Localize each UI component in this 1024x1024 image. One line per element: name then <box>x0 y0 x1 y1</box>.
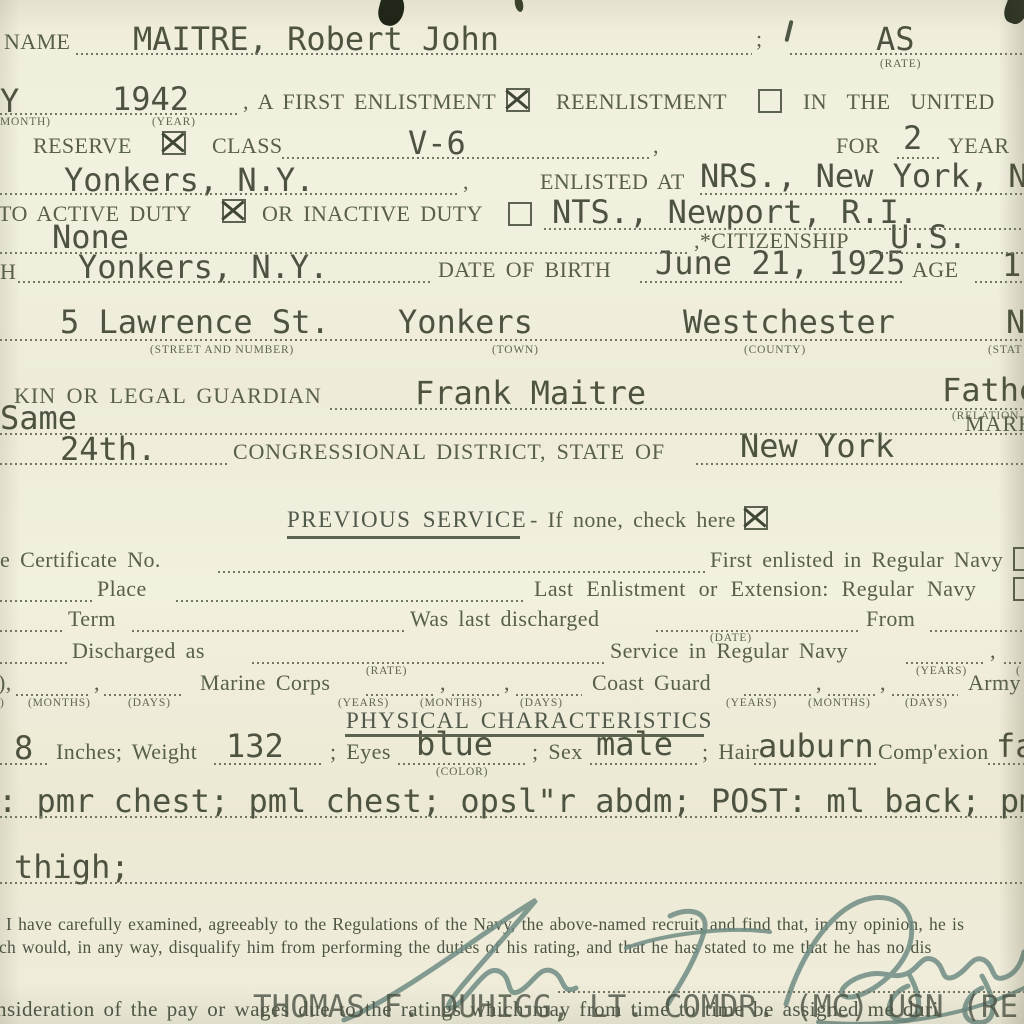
comma: , <box>463 171 469 193</box>
dotted-leader <box>558 991 1024 993</box>
army-label: Army <box>968 672 1021 694</box>
dotted-leader <box>0 193 460 195</box>
town-value: Yonkers <box>398 306 533 338</box>
dotted-leader <box>696 463 1024 465</box>
dotted-leader <box>104 694 182 696</box>
marine-corps-label: Marine Corps <box>200 672 330 694</box>
heading-underline <box>287 536 520 539</box>
dotted-leader <box>18 281 430 283</box>
regular-navy-checkbox <box>1013 547 1024 571</box>
comma: , <box>94 672 100 694</box>
dotted-leader <box>0 463 228 465</box>
dotted-leader <box>0 882 1024 884</box>
reenlistment-checkbox <box>758 89 782 113</box>
dotted-leader <box>176 600 524 602</box>
dotted-leader <box>452 694 500 696</box>
dotted-leader <box>16 694 90 696</box>
dotted-leader <box>0 630 64 632</box>
from-label: From <box>866 608 915 630</box>
first-enlistment-label: , A FIRST ENLISTMENT <box>243 91 496 113</box>
dotted-leader <box>975 281 1024 283</box>
first-enlistment-checkbox <box>506 88 530 112</box>
comma: , <box>880 672 886 694</box>
district-label: CONGRESSIONAL DISTRICT, STATE OF <box>233 441 665 463</box>
dotted-leader <box>892 694 958 696</box>
district-value: 24th. <box>60 433 156 465</box>
service-regular-navy-label: Service in Regular Navy <box>610 640 848 662</box>
dotted-leader <box>366 694 436 696</box>
dotted-leader <box>790 53 1024 55</box>
date-of-birth-label: DATE OF BIRTH <box>438 259 611 281</box>
weight-value: 132 <box>226 730 284 762</box>
dotted-leader <box>0 600 94 602</box>
dotted-leader <box>640 281 905 283</box>
in-the-united-label: IN THE UNITED <box>803 91 995 113</box>
marks-line-value: : pmr chest; pml chest; opsl"r abdm; POS… <box>0 785 1024 817</box>
birthplace-value: Yonkers, N.Y. <box>78 251 328 283</box>
dotted-leader <box>0 662 68 664</box>
dotted-leader <box>866 252 1024 254</box>
relation-value: Fathe <box>942 374 1024 406</box>
year-caption: (YEAR) <box>152 117 196 129</box>
place-label: Place <box>97 578 147 600</box>
complexion-value: fa <box>996 730 1024 762</box>
name-label: NAME <box>4 31 70 53</box>
county-value: Westchester <box>683 306 895 338</box>
dotted-leader <box>0 816 1024 818</box>
duty-station-value: NTS., Newport, R.I. <box>552 196 918 228</box>
dotted-leader <box>76 53 752 55</box>
state-value: N <box>1006 306 1024 338</box>
active-duty-checkbox <box>222 199 246 223</box>
month-caption: MONTH) <box>0 117 51 129</box>
year-value: 1942 <box>112 83 189 115</box>
hair-label: ; Hair <box>702 741 759 763</box>
age-label: AGE <box>912 259 958 281</box>
years-caption-3: (YEARS) <box>726 698 777 710</box>
street-value: 5 Lawrence St. <box>60 306 330 338</box>
comma: , <box>504 672 510 694</box>
dotted-leader <box>252 662 606 664</box>
complexion-label: Comp'exion <box>878 741 989 763</box>
dotted-leader <box>282 157 650 159</box>
comma: , <box>816 672 822 694</box>
eyes-value: blue <box>416 728 493 760</box>
caption-fragment: ) <box>0 698 5 710</box>
dotted-leader <box>906 662 986 664</box>
edge-fragment: H <box>0 261 16 283</box>
inches-value: 8 <box>14 732 33 764</box>
inactive-duty-checkbox <box>508 202 532 226</box>
class-value: V-6 <box>408 127 466 159</box>
corner-mark <box>1001 0 1024 27</box>
previous-service-none-checkbox <box>744 506 768 530</box>
separator-semicolon: ; <box>756 28 763 50</box>
inactive-duty-label: OR INACTIVE DUTY <box>262 203 483 225</box>
for-label: FOR <box>836 135 880 157</box>
sex-label: ; Sex <box>532 741 583 763</box>
first-enlisted-label: First enlisted in Regular Navy <box>710 549 1003 571</box>
enlist-place-value: Yonkers, N.Y. <box>64 164 314 196</box>
months-caption: (MONTHS) <box>28 698 91 710</box>
regular-navy-checkbox-2 <box>1013 577 1024 601</box>
comma: , <box>440 672 446 694</box>
year-label: YEAR <box>948 135 1010 157</box>
pen-tick <box>784 20 793 42</box>
term-label: Term <box>68 608 116 630</box>
rate-value: AS <box>876 23 915 55</box>
edge-fragment-2: ), <box>0 672 12 694</box>
married-label: MARRI <box>965 413 1024 435</box>
rate-caption-2: (RATE) <box>366 666 407 678</box>
scanned-form: NAME MAITRE, Robert John ; AS (RATE) Y 1… <box>0 0 1024 1024</box>
dotted-leader <box>0 763 50 765</box>
days-caption: (DAYS) <box>128 698 171 710</box>
years-caption: (YEARS) <box>916 666 967 678</box>
state-caption: (STAT <box>988 345 1022 357</box>
dotted-leader <box>930 630 1024 632</box>
dotted-leader <box>132 630 406 632</box>
months-caption-3: (MONTHS) <box>808 698 871 710</box>
certificate-no-label: e Certificate No. <box>0 549 161 571</box>
street-caption: (STREET AND NUMBER) <box>150 345 294 357</box>
dotted-leader <box>330 408 1024 410</box>
dotted-leader <box>218 571 706 573</box>
marks-line2-value: thigh; <box>14 851 130 883</box>
dotted-leader <box>897 157 940 159</box>
dotted-leader <box>700 193 1024 195</box>
dotted-leader <box>828 694 876 696</box>
dotted-leader <box>0 252 690 254</box>
eyes-label: ; Eyes <box>330 741 391 763</box>
weight-label: Inches; Weight <box>56 741 197 763</box>
last-enlistment-label: Last Enlistment or Extension: Regular Na… <box>534 578 976 600</box>
dotted-leader <box>754 763 876 765</box>
coast-guard-label: Coast Guard <box>592 672 711 694</box>
term-years-value: 2 <box>903 122 922 154</box>
hair-value: auburn <box>758 730 874 762</box>
class-label: CLASS <box>212 135 282 157</box>
reenlistment-label: REENLISTMENT <box>556 91 727 113</box>
dotted-leader <box>516 694 582 696</box>
enlisted-at-label: ENLISTED AT <box>540 171 685 193</box>
previous-service-subtext: - If none, check here <box>530 509 736 531</box>
dotted-leader <box>988 763 1024 765</box>
rate-caption: (RATE) <box>880 59 921 71</box>
county-caption: (COUNTY) <box>744 345 806 357</box>
comma: , <box>990 640 996 662</box>
ink-speck <box>513 0 524 13</box>
dotted-leader <box>544 228 1024 230</box>
dotted-leader <box>398 763 528 765</box>
dotted-leader <box>1004 662 1024 664</box>
dotted-leader <box>0 433 1024 435</box>
comma: , <box>653 135 659 157</box>
enlisted-at-value: NRS., New York, N. <box>700 160 1024 192</box>
sex-value: male <box>596 728 673 760</box>
dotted-leader <box>656 630 860 632</box>
town-caption: (TOWN) <box>492 345 539 357</box>
heading-underline <box>345 734 704 737</box>
dotted-leader <box>590 763 698 765</box>
dotted-leader <box>0 113 238 115</box>
name-value: MAITRE, Robert John <box>133 23 499 55</box>
discharged-as-label: Discharged as <box>72 640 205 662</box>
reserve-label: RESERVE <box>33 135 132 157</box>
previous-service-heading: PREVIOUS SERVICE <box>287 508 527 531</box>
last-discharged-label: Was last discharged <box>410 608 599 630</box>
kin-value: Frank Maitre <box>415 377 646 409</box>
dotted-leader <box>214 763 324 765</box>
pay-paragraph-line: nsideration of the pay or wages due to t… <box>0 999 939 1020</box>
dotted-leader <box>744 694 812 696</box>
color-caption: (COLOR) <box>436 767 488 779</box>
reserve-checkbox <box>162 131 186 155</box>
dotted-leader <box>0 339 1024 341</box>
days-caption-3: (DAYS) <box>905 698 948 710</box>
